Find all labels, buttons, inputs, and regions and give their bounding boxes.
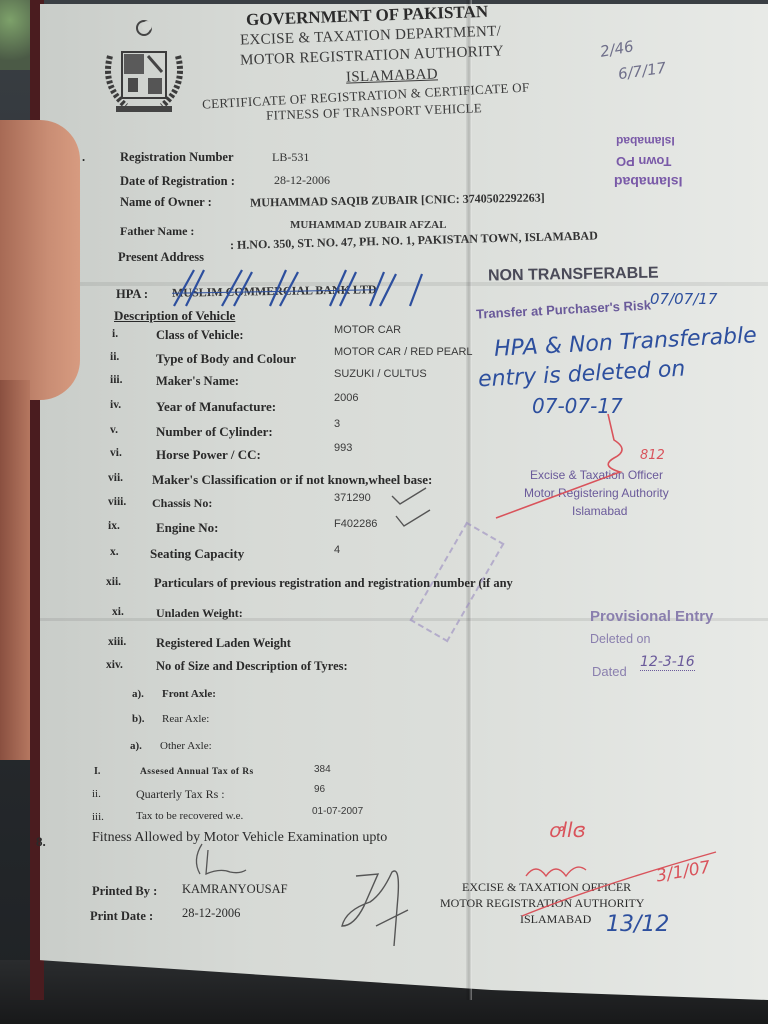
vehicle-field-label: No of Size and Description of Tyres: xyxy=(156,659,348,674)
signature-officer xyxy=(336,866,426,950)
handwritten-red-signature: ꝍllɞ xyxy=(548,816,586,843)
tax-recovery-label: Tax to be recovered w.e. xyxy=(136,810,243,822)
check-mark-icon xyxy=(394,508,434,528)
vehicle-field-label: Class of Vehicle: xyxy=(156,328,244,343)
vehicle-field-value: 993 xyxy=(334,442,352,454)
front-axle-label: Front Axle: xyxy=(162,688,216,700)
vehicle-field-value: 4 xyxy=(334,544,340,556)
printed-by-value: KAMRANYOUSAF xyxy=(182,882,288,897)
provisional-dated-stamp: Dated xyxy=(592,664,627,679)
vehicle-field-label: Horse Power / CC: xyxy=(156,447,261,463)
vehicle-field-number: xi. xyxy=(112,606,124,618)
hpa-label: HPA : xyxy=(116,287,148,302)
hpa-strikethrough-marks xyxy=(160,268,440,308)
field-number: b). xyxy=(132,713,145,725)
thumb xyxy=(0,120,80,400)
field-number: a). xyxy=(132,688,144,700)
town-stamp-line1: Islamabad xyxy=(616,134,675,148)
owner-name-label: Name of Owner : xyxy=(120,195,212,210)
tax-recovery-value: 01-07-2007 xyxy=(312,806,363,817)
vehicle-field-number: iii. xyxy=(110,374,122,386)
registration-number-value: LB-531 xyxy=(272,150,309,165)
vehicle-field-label: Type of Body and Colour xyxy=(156,351,296,367)
vehicle-field-number: xii. xyxy=(106,576,121,588)
vehicle-field-label: Maker's Name: xyxy=(156,374,239,389)
vehicle-field-number: v. xyxy=(110,424,118,436)
vehicle-description-heading: Description of Vehicle xyxy=(114,308,235,324)
non-transferable-stamp: NON TRANSFERABLE xyxy=(488,265,659,286)
vehicle-field-value: MOTOR CAR / RED PEARL xyxy=(334,346,473,358)
header-city: ISLAMABAD xyxy=(346,66,438,86)
father-name-label: Father Name : xyxy=(120,224,194,239)
address-label: Present Address xyxy=(118,250,204,265)
vehicle-field-number: i. xyxy=(112,328,118,340)
vehicle-field-value: 371290 xyxy=(334,492,371,504)
vehicle-field-number: xiii. xyxy=(108,636,126,648)
print-date-value: 28-12-2006 xyxy=(182,906,240,921)
field-number: 8. xyxy=(36,834,46,850)
vehicle-field-value: F402286 xyxy=(334,518,377,530)
signature-initials xyxy=(190,840,260,880)
red-signature-text: ꝍllɞ xyxy=(548,818,586,842)
town-stamp-line3: Islamabad xyxy=(614,174,682,190)
vehicle-field-number: ii. xyxy=(110,351,119,363)
provisional-date-handwritten: 12-3-16 xyxy=(640,654,695,671)
provisional-entry-stamp: Provisional Entry xyxy=(590,608,713,625)
registration-number-label: Registration Number xyxy=(120,150,234,165)
red-signature-line xyxy=(490,410,650,530)
vehicle-field-label: Registered Laden Weight xyxy=(156,636,291,651)
vehicle-field-number: iv. xyxy=(110,399,121,411)
vehicle-field-value: MOTOR CAR xyxy=(334,324,401,336)
vehicle-field-value: 2006 xyxy=(334,392,358,404)
vehicle-field-number: x. xyxy=(110,546,119,558)
field-number: I. xyxy=(94,766,100,777)
printed-by-label: Printed By : xyxy=(92,884,157,899)
vehicle-field-number: vi. xyxy=(110,447,122,459)
vehicle-field-value: SUZUKI / CULTUS xyxy=(334,368,427,380)
quarterly-tax-value: 96 xyxy=(314,784,325,795)
hand-edge xyxy=(0,380,30,760)
provisional-deleted-stamp: Deleted on xyxy=(590,632,650,646)
annual-tax-label: Assesed Annual Tax of Rs xyxy=(140,767,254,777)
handwritten-blue-bottom: 13/12 xyxy=(606,912,669,937)
vehicle-field-number: ix. xyxy=(108,520,120,532)
check-mark-icon xyxy=(390,486,430,506)
vehicle-field-value: 3 xyxy=(334,418,340,430)
town-stamp-line2: Town PO xyxy=(616,154,671,169)
field-number: . xyxy=(82,150,85,165)
registration-date-value: 28-12-2006 xyxy=(274,173,330,188)
vehicle-field-number: xiv. xyxy=(106,659,123,671)
vehicle-field-label: Number of Cylinder: xyxy=(156,424,273,440)
fold-line-vertical xyxy=(466,0,472,1000)
vehicle-field-number: viii. xyxy=(108,496,126,508)
field-number: a). xyxy=(130,740,142,752)
field-number: iii. xyxy=(92,811,104,823)
father-name-value: MUHAMMAD ZUBAIR AFZAL xyxy=(290,219,446,231)
quarterly-tax-label: Quarterly Tax Rs : xyxy=(136,787,225,802)
annual-tax-value: 384 xyxy=(314,764,331,775)
pakistan-state-emblem-icon xyxy=(96,16,192,116)
other-axle-label: Other Axle: xyxy=(160,740,212,752)
handwritten-date-near-risk: 07/07/17 xyxy=(650,290,717,308)
registration-date-label: Date of Registration : xyxy=(120,174,235,189)
field-number: ii. xyxy=(92,788,101,800)
vehicle-field-label: Unladen Weight: xyxy=(156,606,243,621)
vehicle-field-label: Year of Manufacture: xyxy=(156,399,276,415)
print-date-label: Print Date : xyxy=(90,909,153,924)
vehicle-field-number: vii. xyxy=(108,472,123,484)
vehicle-field-label: Seating Capacity xyxy=(150,546,244,562)
vehicle-field-label: Engine No: xyxy=(156,520,218,536)
rear-axle-label: Rear Axle: xyxy=(162,713,209,725)
vehicle-field-label: Chassis No: xyxy=(152,496,212,511)
